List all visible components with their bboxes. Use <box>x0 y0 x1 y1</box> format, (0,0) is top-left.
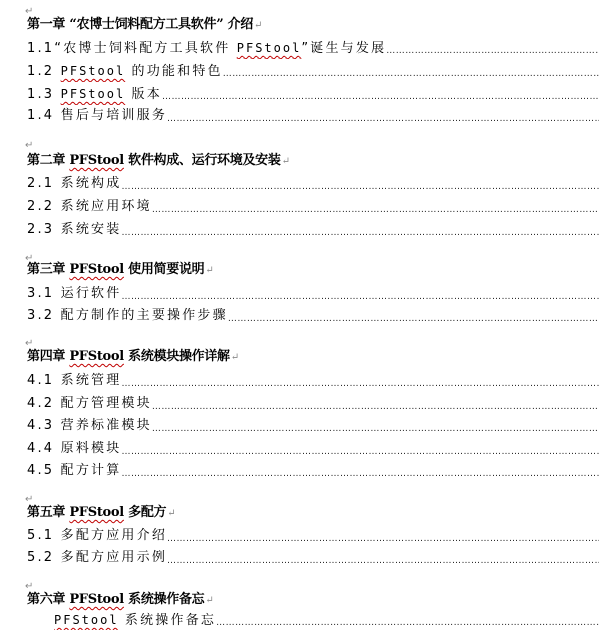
section-number: 4.1 <box>27 373 54 388</box>
dot-leader: …………………………………………………………………………………………………………… <box>121 441 599 460</box>
entry-title: 配方管理模块 <box>61 396 152 411</box>
section-number: 1.2 <box>27 64 54 79</box>
section-number: 2.3 <box>27 222 54 237</box>
toc-entry-text: 2.3 系统安装 <box>0 219 121 241</box>
toc-entry[interactable]: 3.2 配方制作的主要操作步骤…………………………………………………………………… <box>0 305 599 327</box>
entry-title: 配方制作的主要操作步骤 <box>61 308 228 323</box>
toc-entry[interactable]: 2.3 系统安装……………………………………………………………………………………… <box>0 219 599 241</box>
paragraph-mark: ↵ <box>205 265 213 276</box>
section-number: 1.3 <box>27 87 54 102</box>
chapter-heading[interactable]: 第五章 PFStool 多配方↵ <box>27 502 599 524</box>
section-number: 4.5 <box>27 463 54 478</box>
dot-leader: …………………………………………………………………………………………………………… <box>121 463 599 482</box>
chapter-heading[interactable]: 第一章 “农博士饲料配方工具软件” 介绍↵ <box>27 14 599 36</box>
toc-entry-text: PFStool 系统操作备忘 <box>0 609 216 630</box>
paragraph-mark: ↵ <box>167 508 175 519</box>
product-name: PFStool <box>61 87 126 101</box>
chapter-heading[interactable]: 第六章 PFStool 系统操作备忘↵ <box>27 589 599 611</box>
toc-entry-text: 4.5 配方计算 <box>0 460 121 482</box>
section-number: 3.2 <box>27 308 54 323</box>
toc-entry[interactable]: 4.5 配方计算……………………………………………………………………………………… <box>0 460 599 482</box>
toc-entry-text: 3.2 配方制作的主要操作步骤 <box>0 305 228 327</box>
entry-title: 配方计算 <box>61 463 122 478</box>
entry-title: 系统管理 <box>61 373 122 388</box>
dot-leader: …………………………………………………………………………………………………………… <box>121 373 599 392</box>
product-name: PFStool <box>61 64 126 78</box>
chapter-title: 多配方 <box>124 505 166 520</box>
toc-entry[interactable]: 4.1 系统管理……………………………………………………………………………………… <box>0 370 599 392</box>
toc-entry-text: 4.4 原料模块 <box>0 438 121 460</box>
entry-title: 的功能和特色 <box>125 64 223 79</box>
dot-leader: …………………………………………………………………………………………………………… <box>152 199 599 218</box>
chapter-heading[interactable]: 第三章 PFStool 使用简要说明↵ <box>27 259 599 281</box>
entry-title: 版本 <box>125 87 162 102</box>
toc-entry-text: 2.2 系统应用环境 <box>0 196 152 218</box>
dot-leader: …………………………………………………………………………………………………………… <box>152 396 599 415</box>
section-number: 1.4 <box>27 108 54 123</box>
section-number: 5.1 <box>27 528 54 543</box>
toc-entry[interactable]: 5.2 多配方应用示例……………………………………………………………………………… <box>0 547 599 569</box>
entry-title: 系统构成 <box>61 176 122 191</box>
section-number: 1.1 <box>27 41 54 56</box>
toc-entry-text: 2.1 系统构成 <box>0 173 121 195</box>
dot-leader: …………………………………………………………………………………………………………… <box>386 40 599 59</box>
dot-leader: …………………………………………………………………………………………………………… <box>162 86 599 105</box>
entry-title: 多配方应用介绍 <box>61 528 167 543</box>
entry-title: 系统安装 <box>61 222 122 237</box>
toc-entry[interactable]: 1.4 售后与培训服务……………………………………………………………………………… <box>0 105 599 127</box>
product-name: PFStool <box>237 41 302 55</box>
chapter-title: 系统模块操作详解 <box>124 349 230 364</box>
toc-entry-text: 1.1“农博士饲料配方工具软件 PFStool”诞生与发展 <box>0 37 386 59</box>
chapter-product-name: PFStool <box>69 349 124 364</box>
dot-leader: …………………………………………………………………………………………………………… <box>167 550 599 569</box>
paragraph-mark: ↵ <box>254 20 262 31</box>
toc-entry-text: 5.1 多配方应用介绍 <box>0 525 167 547</box>
chapter-title: 系统操作备忘 <box>124 592 204 607</box>
entry-title: 多配方应用示例 <box>61 550 167 565</box>
dot-leader: …………………………………………………………………………………………………………… <box>216 612 599 630</box>
chapter-number: 第一章 <box>27 17 69 32</box>
product-name: PFStool <box>54 613 119 627</box>
entry-title: 营养标准模块 <box>61 418 152 433</box>
toc-entry[interactable]: 1.2 PFStool 的功能和特色…………………………………………………………… <box>0 60 599 82</box>
section-number: 5.2 <box>27 550 54 565</box>
entry-title: 系统应用环境 <box>61 199 152 214</box>
chapter-title: 介绍 <box>223 17 253 32</box>
toc-entry[interactable]: 1.3 PFStool 版本……………………………………………………………………… <box>0 83 599 105</box>
toc-entry[interactable]: 2.2 系统应用环境………………………………………………………………………………… <box>0 196 599 218</box>
section-number: 2.1 <box>27 176 54 191</box>
chapter-product-name: “农博士饲料配方工具软件” <box>69 17 223 32</box>
chapter-heading[interactable]: 第二章 PFStool 软件构成、运行环境及安装↵ <box>27 150 599 172</box>
dot-leader: …………………………………………………………………………………………………………… <box>167 528 599 547</box>
toc-entry-text: 5.2 多配方应用示例 <box>0 547 167 569</box>
toc-entry[interactable]: 4.3 营养标准模块………………………………………………………………………………… <box>0 415 599 437</box>
chapter-product-name: PFStool <box>69 262 124 277</box>
dot-leader: …………………………………………………………………………………………………………… <box>152 418 599 437</box>
toc-entry-text: 1.3 PFStool 版本 <box>0 83 162 105</box>
toc-entry-text: 1.4 售后与培训服务 <box>0 105 167 127</box>
chapter-heading[interactable]: 第四章 PFStool 系统模块操作详解↵ <box>27 346 599 368</box>
chapter-product-name: PFStool <box>69 505 124 520</box>
section-number: 4.3 <box>27 418 54 433</box>
chapter-number: 第二章 <box>27 153 69 168</box>
toc-entry[interactable]: PFStool 系统操作备忘……………………………………………………………………… <box>0 609 599 630</box>
toc-entry[interactable]: 2.1 系统构成……………………………………………………………………………………… <box>0 173 599 195</box>
paragraph-mark: ↵ <box>205 595 213 606</box>
chapter-number: 第六章 <box>27 592 69 607</box>
toc-entry[interactable]: 4.2 配方管理模块………………………………………………………………………………… <box>0 393 599 415</box>
chapter-title: 软件构成、运行环境及安装 <box>124 153 281 168</box>
chapter-product-name: PFStool <box>69 153 124 168</box>
section-number: 3.1 <box>27 286 54 301</box>
dot-leader: …………………………………………………………………………………………………………… <box>228 308 599 327</box>
entry-title: ”诞生与发展 <box>301 41 386 56</box>
toc-entry[interactable]: 4.4 原料模块……………………………………………………………………………………… <box>0 438 599 460</box>
toc-entry[interactable]: 1.1“农博士饲料配方工具软件 PFStool”诞生与发展……………………………… <box>0 37 599 59</box>
dot-leader: …………………………………………………………………………………………………………… <box>167 108 599 127</box>
entry-title: 原料模块 <box>61 441 122 456</box>
entry-title: 系统操作备忘 <box>119 613 217 628</box>
section-number: 4.2 <box>27 396 54 411</box>
entry-title: 售后与培训服务 <box>61 108 167 123</box>
dot-leader: …………………………………………………………………………………………………………… <box>121 176 599 195</box>
toc-entry-text: 3.1 运行软件 <box>0 283 121 305</box>
section-number: 4.4 <box>27 441 54 456</box>
toc-entry-text: 4.1 系统管理 <box>0 370 121 392</box>
toc-entry-text: 4.2 配方管理模块 <box>0 393 152 415</box>
chapter-number: 第四章 <box>27 349 69 364</box>
paragraph-mark: ↵ <box>231 352 239 363</box>
toc-entry-text: 1.2 PFStool 的功能和特色 <box>0 60 223 82</box>
chapter-number: 第五章 <box>27 505 69 520</box>
chapter-product-name: PFStool <box>69 592 124 607</box>
toc-entry[interactable]: 5.1 多配方应用介绍……………………………………………………………………………… <box>0 525 599 547</box>
entry-title: 运行软件 <box>61 286 122 301</box>
chapter-number: 第三章 <box>27 262 69 277</box>
dot-leader: …………………………………………………………………………………………………………… <box>121 286 599 305</box>
entry-prefix: “农博士饲料配方工具软件 <box>54 41 236 56</box>
toc-entry[interactable]: 3.1 运行软件……………………………………………………………………………………… <box>0 283 599 305</box>
chapter-title: 使用简要说明 <box>124 262 204 277</box>
dot-leader: …………………………………………………………………………………………………………… <box>223 63 599 82</box>
toc-entry-text: 4.3 营养标准模块 <box>0 415 152 437</box>
dot-leader: …………………………………………………………………………………………………………… <box>121 222 599 241</box>
paragraph-mark: ↵ <box>282 156 290 167</box>
section-number: 2.2 <box>27 199 54 214</box>
